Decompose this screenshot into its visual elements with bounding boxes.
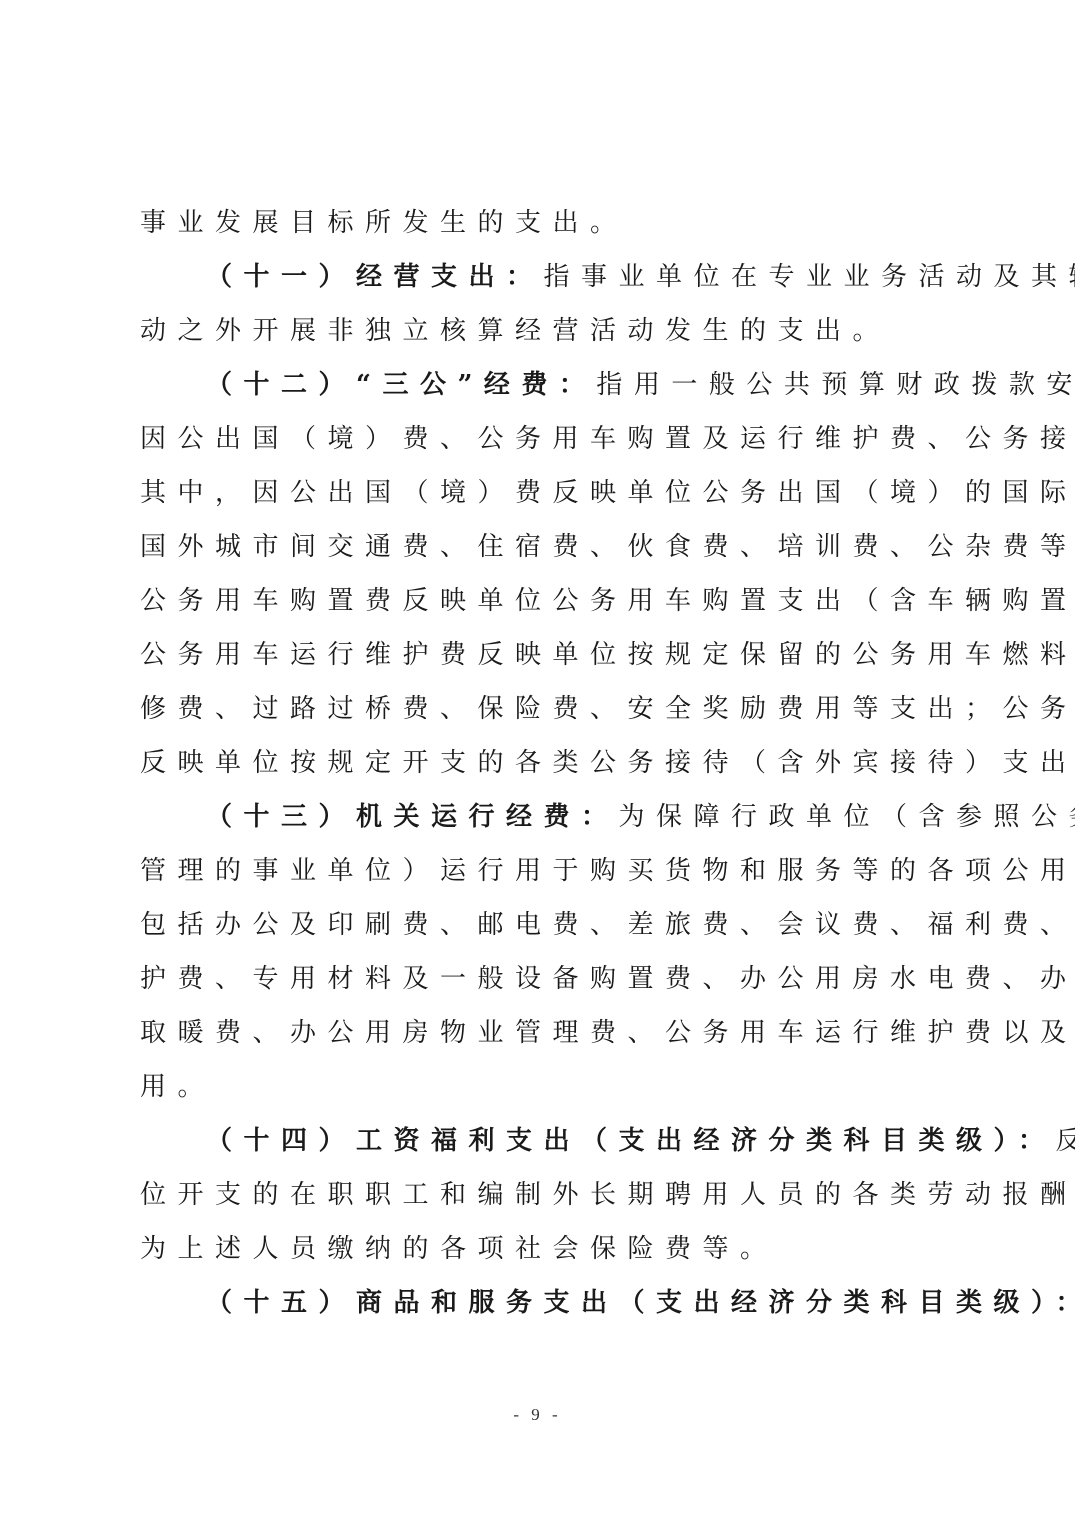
section-heading: （十三）机关运行经费： — [206, 802, 619, 832]
text-line: 位开支的在职职工和编制外长期聘用人员的各类劳动报酬，以及 — [140, 1168, 940, 1222]
line-text: 修费、过路过桥费、保险费、安全奖励费用等支出；公务接待费 — [140, 694, 1075, 724]
line-text: 护费、专用材料及一般设备购置费、办公用房水电费、办公用房 — [140, 964, 1075, 994]
line-text: 包括办公及印刷费、邮电费、差旅费、会议费、福利费、日常维 — [140, 910, 1075, 940]
text-line: 护费、专用材料及一般设备购置费、办公用房水电费、办公用房 — [140, 952, 940, 1006]
line-text: 指事业单位在专业业务活动及其辅助活 — [544, 262, 1075, 292]
line-text: 取暖费、办公用房物业管理费、公务用车运行维护费以及其他费 — [140, 1018, 1075, 1048]
line-text: 为上述人员缴纳的各项社会保险费等。 — [140, 1234, 778, 1264]
section-heading: （十四）工资福利支出（支出经济分类科目类级）： — [206, 1126, 1056, 1156]
section-heading: （十一）经营支出： — [206, 262, 544, 292]
line-text: 指用一般公共预算财政拨款安排的 — [596, 370, 1075, 400]
line-text: 用。 — [140, 1072, 215, 1102]
line-text: 事业发展目标所发生的支出。 — [140, 208, 628, 238]
section-heading-line: （十三）机关运行经费：为保障行政单位（含参照公务员法 — [140, 790, 940, 844]
text-line: 包括办公及印刷费、邮电费、差旅费、会议费、福利费、日常维 — [140, 898, 940, 952]
line-text: 动之外开展非独立核算经营活动发生的支出。 — [140, 316, 890, 346]
section-heading: （十二）“三公”经费： — [206, 370, 596, 400]
text-line: 事业发展目标所发生的支出。 — [140, 196, 940, 250]
text-line: 修费、过路过桥费、保险费、安全奖励费用等支出；公务接待费 — [140, 682, 940, 736]
text-line: 公务用车运行维护费反映单位按规定保留的公务用车燃料费、维 — [140, 628, 940, 682]
text-line: 用。 — [140, 1060, 940, 1114]
text-line: 反映单位按规定开支的各类公务接待（含外宾接待）支出。 — [140, 736, 940, 790]
text-line: 公务用车购置费反映单位公务用车购置支出（含车辆购置税）； — [140, 574, 940, 628]
section-heading-line: （十五）商品和服务支出（支出经济分类科目类级）：反映 — [140, 1276, 940, 1330]
line-text: 公务用车运行维护费反映单位按规定保留的公务用车燃料费、维 — [140, 640, 1075, 670]
text-line: 取暖费、办公用房物业管理费、公务用车运行维护费以及其他费 — [140, 1006, 940, 1060]
section-heading: （十五）商品和服务支出（支出经济分类科目类级）： — [206, 1288, 1075, 1318]
text-line: 为上述人员缴纳的各项社会保险费等。 — [140, 1222, 940, 1276]
line-text: 国外城市间交通费、住宿费、伙食费、培训费、公杂费等支出； — [140, 532, 1075, 562]
document-page: 事业发展目标所发生的支出。 （十一）经营支出：指事业单位在专业业务活动及其辅助活… — [0, 0, 1075, 1520]
line-text: 其中，因公出国（境）费反映单位公务出国（境）的国际旅费、 — [140, 478, 1075, 508]
text-line: 动之外开展非独立核算经营活动发生的支出。 — [140, 304, 940, 358]
section-heading-line: （十一）经营支出：指事业单位在专业业务活动及其辅助活 — [140, 250, 940, 304]
line-text: 管理的事业单位）运行用于购买货物和服务等的各项公用经费， — [140, 856, 1075, 886]
text-line: 国外城市间交通费、住宿费、伙食费、培训费、公杂费等支出； — [140, 520, 940, 574]
text-line: 因公出国（境）费、公务用车购置及运行维护费、公务接待费。 — [140, 412, 940, 466]
text-line: 管理的事业单位）运行用于购买货物和服务等的各项公用经费， — [140, 844, 940, 898]
line-text: 为保障行政单位（含参照公务员法 — [619, 802, 1075, 832]
line-text: 位开支的在职职工和编制外长期聘用人员的各类劳动报酬，以及 — [140, 1180, 1075, 1210]
text-line: 其中，因公出国（境）费反映单位公务出国（境）的国际旅费、 — [140, 466, 940, 520]
document-body: 事业发展目标所发生的支出。 （十一）经营支出：指事业单位在专业业务活动及其辅助活… — [140, 196, 940, 1330]
line-text: 反映单 — [1056, 1126, 1075, 1156]
page-number: - 9 - — [0, 1405, 1075, 1425]
line-text: 公务用车购置费反映单位公务用车购置支出（含车辆购置税）； — [140, 586, 1075, 616]
line-text: 因公出国（境）费、公务用车购置及运行维护费、公务接待费。 — [140, 424, 1075, 454]
section-heading-line: （十二）“三公”经费：指用一般公共预算财政拨款安排的 — [140, 358, 940, 412]
section-heading-line: （十四）工资福利支出（支出经济分类科目类级）：反映单 — [140, 1114, 940, 1168]
line-text: 反映单位按规定开支的各类公务接待（含外宾接待）支出。 — [140, 748, 1075, 778]
